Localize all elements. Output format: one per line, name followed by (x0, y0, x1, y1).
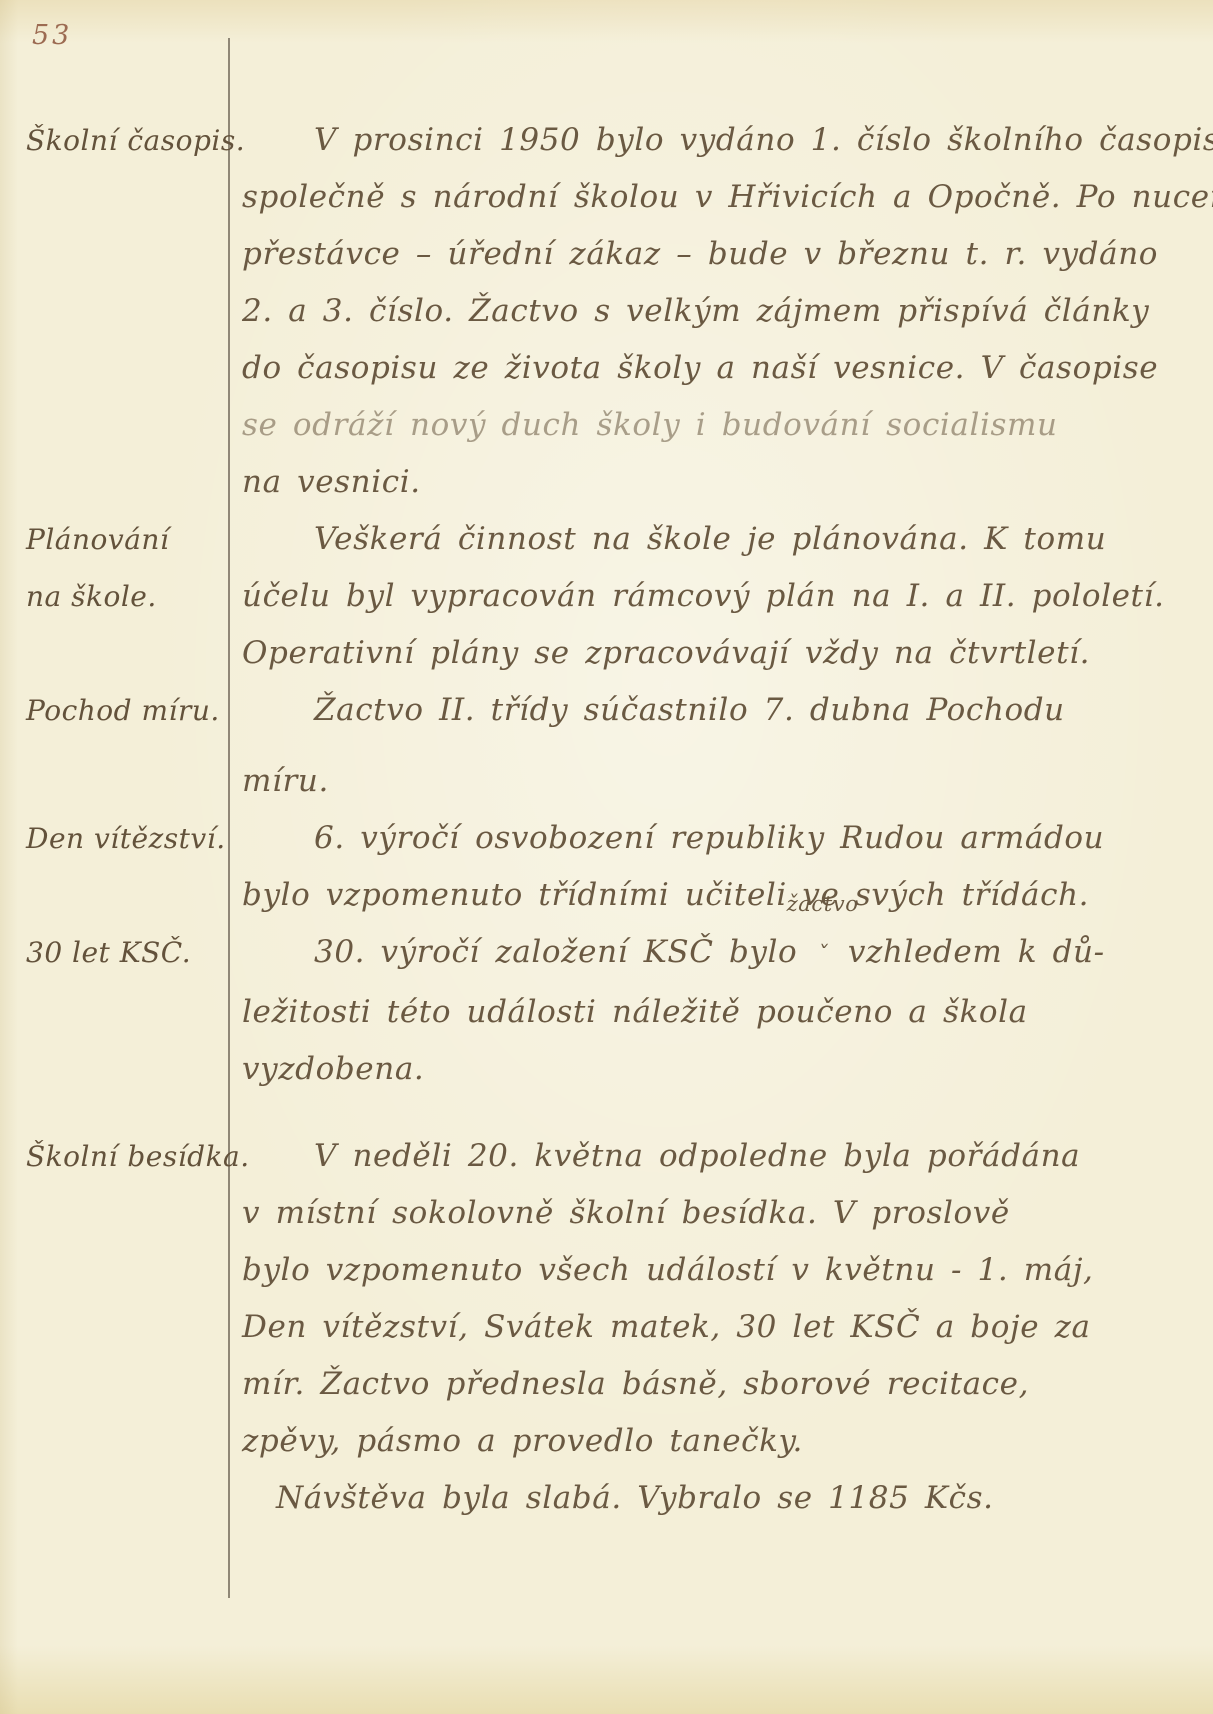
section-pochod-miru: Pochod míru. Žactvo II. třídy súčastnilo… (0, 682, 1213, 810)
margin-note: 30 let KSČ. (26, 924, 218, 981)
text-line: 6. výročí osvobození republiky Rudou arm… (242, 810, 1133, 867)
text-column: Žactvo II. třídy súčastnilo 7. dubna Poc… (228, 682, 1213, 810)
text-segment: vzhledem k dů- (848, 934, 1105, 970)
margin-column: Den vítězství. (0, 810, 228, 867)
text-line: V prosinci 1950 bylo vydáno 1. číslo ško… (242, 112, 1213, 169)
text-line: V neděli 20. května odpoledne byla pořád… (242, 1128, 1133, 1185)
text-line: Operativní plány se zpracovávají vždy na… (242, 625, 1165, 682)
margin-column: Školní časopis. (0, 112, 228, 169)
inline-insertion: žactvo ˇ (817, 924, 829, 984)
section-skolni-casopis: Školní časopis. V prosinci 1950 bylo vyd… (0, 112, 1213, 511)
section-den-vitezstvi: Den vítězství. 6. výročí osvobození repu… (0, 810, 1213, 924)
text-line: Návštěva byla slabá. Vybralo se 1185 Kčs… (242, 1470, 1133, 1527)
text-line: Den vítězství, Svátek matek, 30 let KSČ … (242, 1299, 1133, 1356)
text-line: bylo vzpomenuto všech událostí v květnu … (242, 1242, 1133, 1299)
margin-note: Pochod míru. (26, 682, 218, 739)
margin-column: 30 let KSČ. (0, 924, 228, 981)
margin-note: Plánování (26, 511, 218, 568)
caret-mark: ˇ (817, 943, 829, 968)
text-line: mír. Žactvo přednesla básně, sborové rec… (242, 1356, 1133, 1413)
text-column: 30. výročí založení KSČ bylo žactvo ˇ vz… (228, 924, 1213, 1098)
text-column: V prosinci 1950 bylo vydáno 1. číslo ško… (228, 112, 1213, 511)
margin-note: Školní časopis. (26, 112, 218, 169)
section-30-let-ksc: 30 let KSČ. 30. výročí založení KSČ bylo… (0, 924, 1213, 1098)
text-line: ležitosti této události náležitě poučeno… (242, 984, 1133, 1041)
text-line: účelu byl vypracován rámcový plán na I. … (242, 568, 1165, 625)
text-line: Veškerá činnost na škole je plánována. K… (242, 511, 1165, 568)
margin-note: na škole. (26, 568, 218, 625)
text-line-with-insertion: 30. výročí založení KSČ bylo žactvo ˇ vz… (242, 924, 1133, 984)
text-line: zpěvy, pásmo a provedlo tanečky. (242, 1413, 1133, 1470)
text-column: V neděli 20. května odpoledne byla pořád… (228, 1128, 1213, 1527)
text-line: míru. (242, 753, 1133, 810)
text-line: bylo vzpomenuto třídními učiteli ve svýc… (242, 867, 1133, 924)
margin-column: Školní besídka. (0, 1128, 228, 1185)
margin-column: Pochod míru. (0, 682, 228, 739)
margin-note: Školní besídka. (26, 1128, 218, 1185)
page-number: 53 (32, 20, 72, 51)
text-column: 6. výročí osvobození republiky Rudou arm… (228, 810, 1213, 924)
page-content: Školní časopis. V prosinci 1950 bylo vyd… (0, 112, 1213, 1527)
text-line: Žactvo II. třídy súčastnilo 7. dubna Poc… (242, 682, 1133, 739)
text-line: do časopisu ze života školy a naší vesni… (242, 340, 1213, 397)
text-line: vyzdobena. (242, 1041, 1133, 1098)
margin-note: Den vítězství. (26, 810, 218, 867)
inserted-word: žactvo (787, 894, 859, 915)
text-line: v místní sokolovně školní besídka. V pro… (242, 1185, 1133, 1242)
chronicle-page: 53 Školní časopis. V prosinci 1950 bylo … (0, 0, 1213, 1714)
text-line: přestávce – úřední zákaz – bude v březnu… (242, 226, 1213, 283)
text-line: se odráží nový duch školy i budování soc… (242, 397, 1213, 454)
text-segment: 30. výročí založení KSČ bylo (314, 934, 797, 970)
text-column: Veškerá činnost na škole je plánována. K… (228, 511, 1213, 682)
section-skolni-besidka: Školní besídka. V neděli 20. května odpo… (0, 1128, 1213, 1527)
text-line: 2. a 3. číslo. Žactvo s velkým zájmem př… (242, 283, 1213, 340)
margin-column: Plánování na škole. (0, 511, 228, 625)
section-planovani-na-skole: Plánování na škole. Veškerá činnost na š… (0, 511, 1213, 682)
text-line: na vesnici. (242, 454, 1213, 511)
text-line: společně s národní školou v Hřivicích a … (242, 169, 1213, 226)
